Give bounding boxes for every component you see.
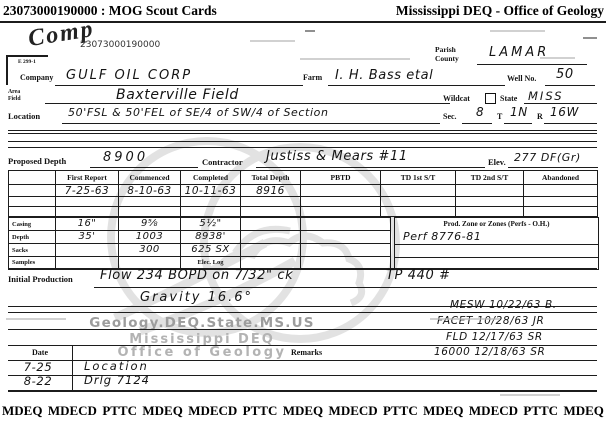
casing-depth-1: 35': [56, 231, 119, 244]
footer-strip: MDEQ MDECD PTTC MDEQ MDECD PTTC MDEQ MDE…: [2, 403, 604, 419]
corner-bracket-v: [6, 55, 8, 85]
table-cell: [56, 197, 119, 207]
dates-header: TD 1st S/T: [381, 171, 456, 185]
section-underline: [462, 123, 492, 124]
table-cell: [301, 185, 381, 197]
scout-card-page: Geology.DEQ.State.MS.US Mississippi DEQ …: [0, 0, 606, 423]
location-underline: [62, 123, 440, 124]
remark-text: Drlg 7124: [84, 375, 150, 387]
tubing-pressure-value: TP 440 #: [386, 269, 451, 282]
blank-rule: [8, 147, 597, 148]
sacks-2: 300: [119, 244, 181, 257]
blank-rule: [8, 130, 597, 131]
prod-zone-value: Perf 8776-81: [403, 231, 481, 242]
scan-artifact: [583, 37, 597, 39]
dates-header: PBTD: [301, 171, 381, 185]
footer-token: MDEQ: [423, 403, 463, 419]
date-column-header: Date: [8, 349, 72, 357]
farm-value: I. H. Bass etal: [335, 69, 433, 82]
casing-row-label: Casing: [9, 218, 56, 231]
range-value: 16W: [550, 106, 579, 118]
note-line: 16000 12/18/63 SR: [434, 347, 545, 358]
dates-header: First Report: [56, 171, 119, 185]
footer-token: PTTC: [243, 403, 278, 419]
table-cell: [524, 185, 598, 197]
remark-text: Location: [84, 361, 149, 373]
dates-header: Commenced: [119, 171, 181, 185]
page-title: 23073000190000 : MOG Scout Cards: [3, 3, 217, 19]
elevation-value: 277 DF(Gr): [514, 152, 581, 163]
contractor-value: Justiss & Mears #11: [266, 150, 408, 163]
dates-header: TD 2nd S/T: [456, 171, 524, 185]
footer-token: MDECD: [188, 403, 237, 419]
table-cell: [181, 207, 241, 217]
table-cell: [241, 207, 301, 217]
form-number: E 299-1: [18, 60, 36, 66]
completed-value: 10-11-63: [181, 185, 241, 197]
prod-zone-rule: [395, 257, 598, 258]
table-cell: [9, 197, 56, 207]
footer-token: MDECD: [469, 403, 518, 419]
location-label: Location: [8, 112, 40, 121]
footer-token: MDEQ: [2, 403, 42, 419]
initial-production-label: Initial Production: [8, 275, 73, 284]
api-number: 23073000190000: [80, 40, 160, 50]
casing-size-1: 16": [56, 218, 119, 231]
table-cell: [381, 207, 456, 217]
footer-token: MDEQ: [283, 403, 323, 419]
scan-artifact: [500, 394, 560, 396]
proposed-depth-underline: [90, 167, 198, 168]
dates-header: Completed: [181, 171, 241, 185]
table-cell: [119, 207, 181, 217]
table-cell: [381, 185, 456, 197]
table-cell: [241, 231, 301, 244]
company-underline: [55, 85, 303, 86]
commenced-value: 8-10-63: [119, 185, 181, 197]
wildcat-label: Wildcat: [443, 95, 470, 103]
field-underline: [45, 103, 450, 104]
elevation-underline: [508, 167, 598, 168]
scan-artifact: [540, 57, 575, 59]
remarks-table-top: [8, 345, 597, 346]
casing-row-label: Sacks: [9, 244, 56, 257]
scan-artifact: [6, 318, 66, 320]
prod-zone-box: Prod. Zone or Zones (Perfs - O.H.) Perf …: [394, 217, 599, 270]
blank-rule: [8, 141, 597, 142]
contractor-label: Contractor: [202, 158, 243, 167]
well-no-label: Well No.: [507, 75, 536, 83]
company-label: Company: [20, 74, 53, 82]
field-value: Baxterville Field: [116, 88, 239, 102]
dates-table: First Report Commenced Completed Total D…: [8, 170, 598, 217]
table-cell: [456, 185, 524, 197]
table-cell: [524, 207, 598, 217]
scan-artifact: [305, 30, 315, 32]
table-cell: [9, 207, 56, 217]
blank-rule: [8, 133, 597, 134]
remark-date: 7-25: [8, 362, 68, 374]
footer-token: PTTC: [102, 403, 137, 419]
table-cell: [301, 231, 391, 244]
township-label: T: [497, 113, 502, 121]
footer-token: PTTC: [383, 403, 418, 419]
scan-artifact: [430, 318, 500, 320]
dates-header: Total Depth: [241, 171, 301, 185]
dates-header: Abandoned: [524, 171, 598, 185]
note-line: MESW 10/22/63 B.: [450, 300, 557, 311]
proposed-depth-value: 8900: [103, 151, 148, 164]
table-cell: [119, 197, 181, 207]
casing-size-2: 9⅝: [119, 218, 181, 231]
casing-depth-3: 8938': [181, 231, 241, 244]
well-no-value: 50: [556, 68, 574, 81]
table-cell: [381, 197, 456, 207]
wildcat-checkbox: [485, 93, 496, 104]
township-value: 1N: [510, 106, 528, 118]
casing-size-3: 5½": [181, 218, 241, 231]
table-cell: [181, 197, 241, 207]
table-cell: [301, 244, 391, 257]
footer-token: MDECD: [329, 403, 378, 419]
remark-date: 8-22: [8, 376, 68, 388]
elevation-label: Elev.: [488, 158, 506, 167]
scan-artifact: [250, 40, 295, 42]
table-cell: [524, 197, 598, 207]
state-underline: [524, 103, 597, 104]
company-value: GULF OIL CORP: [66, 69, 192, 82]
initial-production-value: Flow 234 BOPD on 7/32" ck: [100, 269, 293, 282]
contractor-underline: [256, 167, 485, 168]
section-divider: [8, 268, 597, 270]
corner-bracket-h: [6, 55, 48, 57]
state-value: MISS: [528, 91, 564, 103]
table-cell: [456, 197, 524, 207]
farm-label: Farm: [303, 74, 322, 82]
table-cell: [56, 207, 119, 217]
range-label: R: [537, 113, 543, 121]
parish-county-label: Parish County: [435, 46, 459, 63]
footer-token: PTTC: [523, 403, 558, 419]
proposed-depth-label: Proposed Depth: [8, 157, 66, 166]
well-no-underline: [545, 85, 595, 86]
table-cell: [241, 244, 301, 257]
farm-underline: [328, 85, 505, 86]
table-cell: [456, 207, 524, 217]
prod-zone-header: Prod. Zone or Zones (Perfs - O.H.): [395, 220, 598, 228]
parish-underline: [477, 64, 587, 65]
table-cell: [241, 197, 301, 207]
casing-depth-2: 1003: [119, 231, 181, 244]
section-label: Sec.: [443, 113, 457, 121]
initial-production-underline: [94, 287, 597, 288]
field-label: Area Field: [8, 89, 21, 102]
casing-row-label: Depth: [9, 231, 56, 244]
scan-artifact: [300, 58, 410, 60]
first-report-value: 7-25-63: [56, 185, 119, 197]
range-underline: [544, 123, 597, 124]
state-label: State: [500, 95, 517, 103]
sacks-1: [56, 244, 119, 257]
table-cell: [301, 197, 381, 207]
agency-title: Mississippi DEQ - Office of Geology: [396, 3, 604, 19]
table-cell: [9, 185, 56, 197]
gravity-value: Gravity 16.6°: [140, 291, 253, 304]
casing-table: Casing 16" 9⅝ 5½" Depth 35' 1003 8938' S…: [8, 217, 391, 269]
prod-zone-rule: [395, 244, 598, 245]
note-rule: [8, 312, 597, 313]
remarks-column-divider: [72, 345, 73, 390]
sacks-3: 625 SX: [181, 244, 241, 257]
table-cell: [301, 207, 381, 217]
note-line: FLD 12/17/63 SR: [446, 332, 543, 343]
table-cell: [301, 218, 391, 231]
footer-token: MDECD: [48, 403, 97, 419]
table-cell: [241, 218, 301, 231]
section-value: 8: [476, 106, 484, 118]
remarks-table-bottom: [8, 390, 597, 392]
table-cell: [9, 171, 56, 185]
footer-token: MDEQ: [142, 403, 182, 419]
note-rule: [8, 329, 597, 330]
remarks-column-header: Remarks: [291, 349, 322, 357]
location-value: 50'FSL & 50'FEL of SE/4 of SW/4 of Secti…: [68, 107, 329, 118]
footer-token: MDEQ: [563, 403, 603, 419]
scan-artifact: [490, 30, 545, 32]
total-depth-value: 8916: [241, 185, 301, 197]
township-underline: [504, 123, 532, 124]
